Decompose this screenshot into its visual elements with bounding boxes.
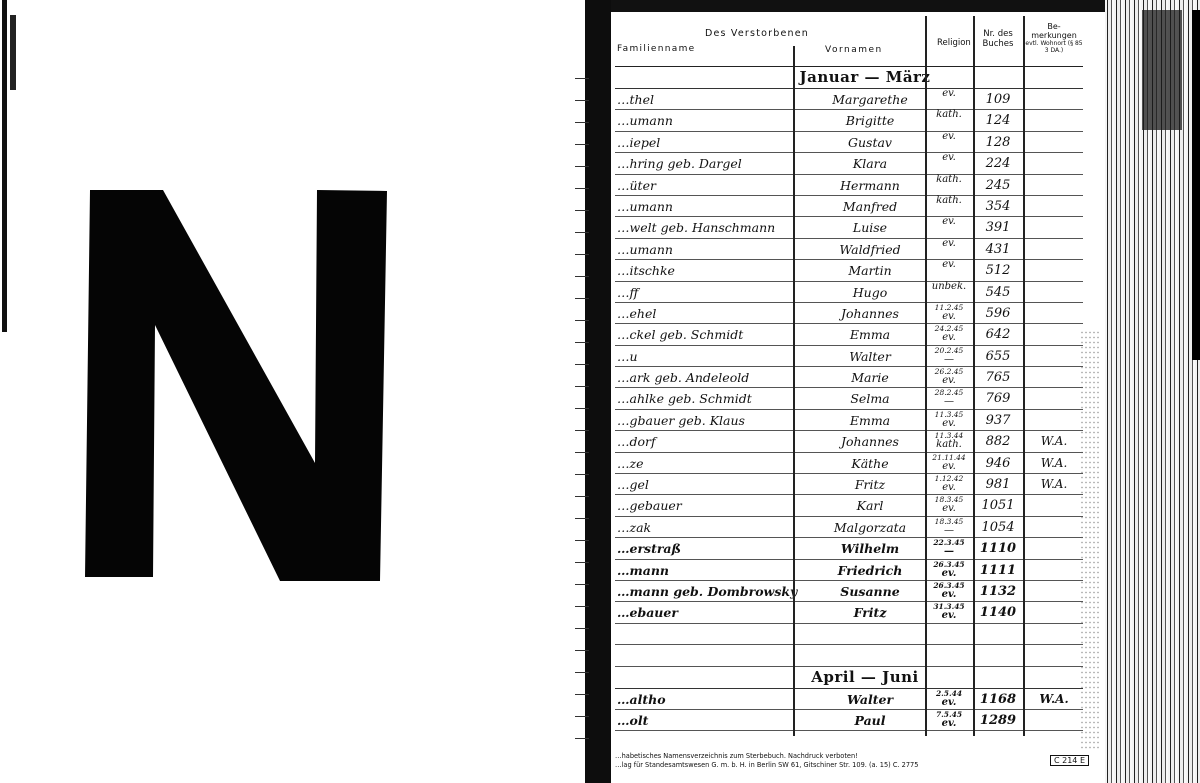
book-number: 1140: [975, 605, 1021, 620]
religion: ev.: [942, 718, 957, 729]
religion-cell: kath.: [927, 110, 971, 119]
table-row: …althoWalter2.5.44ev.1168W.A.: [615, 689, 1083, 710]
given-name: Walter: [795, 349, 945, 364]
family-name: …mann geb. Dombrowsky: [617, 584, 797, 599]
table-row: …ahlke geb. SchmidtSelma28.2.45—769: [615, 388, 1083, 409]
book-number: 769: [975, 391, 1021, 406]
religion: ev.: [942, 375, 956, 386]
given-name: Fritz: [795, 477, 945, 492]
family-name: …ze: [617, 456, 643, 471]
religion-cell: 2.5.44ev.: [927, 689, 971, 707]
family-name: …olt: [617, 713, 648, 728]
religion: ev.: [942, 216, 956, 227]
remarks: W.A.: [1027, 456, 1081, 470]
religion: kath.: [936, 439, 962, 450]
religion-cell: 11.3.44kath.: [927, 431, 971, 449]
table-row: …zeKäthe21.11.44ev.946W.A.: [615, 453, 1083, 474]
family-name: …erstraß: [617, 541, 681, 556]
table-row: …oltPaul7.5.45ev.1289: [615, 710, 1083, 731]
given-name: Marie: [795, 370, 945, 385]
section-label: April — Juni: [765, 668, 965, 686]
page-edge-border: [1192, 10, 1200, 360]
given-name: Gustav: [795, 135, 945, 150]
religion: ev.: [942, 152, 956, 163]
table-row: …gelFritz1.12.42ev.981W.A.: [615, 474, 1083, 495]
book-number: 245: [975, 178, 1021, 193]
column-divider: [793, 46, 795, 736]
religion-cell: 7.5.45ev.: [927, 710, 971, 728]
table-row: …iepelGustavev.128: [615, 132, 1083, 153]
religion-cell: 18.3.45ev.: [927, 495, 971, 513]
religion-cell: 1.12.42ev.: [927, 474, 971, 492]
religion: ev.: [942, 238, 956, 249]
section-header: April — Juni: [615, 667, 1083, 689]
section-header: Januar — März: [615, 67, 1083, 89]
header-religion: Religion: [937, 38, 971, 48]
religion-cell: ev.: [927, 217, 971, 226]
table-row: …gbauer geb. KlausEmma11.3.45ev.937: [615, 410, 1083, 431]
religion: —: [944, 546, 954, 557]
religion-cell: kath.: [927, 196, 971, 205]
given-name: Paul: [795, 713, 945, 728]
family-name: …thel: [617, 92, 654, 107]
section-label: Januar — März: [765, 68, 965, 86]
religion-cell: 31.3.45ev.: [927, 602, 971, 620]
book-number: 596: [975, 306, 1021, 321]
religion-cell: 21.11.44ev.: [927, 453, 971, 471]
table-row: …umannBrigittekath.124: [615, 110, 1083, 131]
given-name: Klara: [795, 156, 945, 171]
table-row: …ehelJohannes11.2.45ev.596: [615, 303, 1083, 324]
column-divider: [973, 16, 975, 736]
book-number: 1289: [975, 713, 1021, 728]
given-name: Karl: [795, 498, 945, 513]
header-remarks-note: evtl. Wohnort (§ 85 3 DA.): [1025, 40, 1083, 54]
religion: kath.: [936, 109, 962, 120]
book-number: 224: [975, 156, 1021, 171]
religion: ev.: [942, 418, 956, 429]
religion: ev.: [942, 131, 956, 142]
religion-cell: 26.3.45ev.: [927, 560, 971, 578]
religion: ev.: [942, 88, 956, 99]
table-row: …ebauerFritz31.3.45ev.1140: [615, 602, 1083, 623]
religion-cell: 20.2.45—: [927, 346, 971, 364]
given-name: Manfred: [795, 199, 945, 214]
book-number: 1132: [975, 584, 1021, 599]
religion-cell: 11.2.45ev.: [927, 303, 971, 321]
family-name: …umann: [617, 242, 673, 257]
family-name: …itschke: [617, 263, 675, 278]
given-name: Luise: [795, 220, 945, 235]
table-row: …itschkeMartinev.512: [615, 260, 1083, 281]
book-number: 1110: [975, 541, 1021, 556]
table-row: …gebauerKarl18.3.45ev.1051: [615, 495, 1083, 516]
family-name: …ehel: [617, 306, 656, 321]
religion-cell: 26.3.45ev.: [927, 581, 971, 599]
page-edge-tab: [10, 15, 16, 90]
binding-marks: [575, 60, 589, 760]
religion: ev.: [942, 311, 956, 322]
religion: ev.: [942, 461, 956, 472]
table-row: …thelMargaretheev.109: [615, 89, 1083, 110]
book-number: 1051: [975, 498, 1021, 513]
book-number: 765: [975, 370, 1021, 385]
given-name: Malgorzata: [795, 520, 945, 535]
family-name: …ebauer: [617, 605, 678, 620]
religion: ev.: [942, 482, 956, 493]
religion-cell: 18.3.45—: [927, 517, 971, 535]
given-name: Johannes: [795, 306, 945, 321]
religion: —: [944, 525, 954, 536]
header-remarks: Be-merkungen evtl. Wohnort (§ 85 3 DA.): [1025, 22, 1083, 54]
religion: ev.: [942, 697, 957, 708]
letter-n-glyph: [75, 165, 455, 605]
religion: ev.: [942, 332, 956, 343]
religion-cell: 22.3.45—: [927, 538, 971, 556]
family-name: …ark geb. Andeleold: [617, 370, 749, 385]
given-name: Martin: [795, 263, 945, 278]
book-number: 981: [975, 477, 1021, 492]
book-number: 354: [975, 199, 1021, 214]
given-name: Susanne: [795, 584, 945, 599]
header-book-number: Nr. des Buches: [973, 29, 1023, 49]
religion-cell: 11.3.45ev.: [927, 410, 971, 428]
table-header: Des Verstorbenen Familienname Vornamen R…: [615, 16, 1083, 67]
table-body: Januar — März…thelMargaretheev.109…umann…: [615, 67, 1083, 731]
given-name: Wilhelm: [795, 541, 945, 556]
page-edge-shadow: [1142, 10, 1182, 130]
scan-noise: [1080, 330, 1100, 750]
table-row: …erstraßWilhelm22.3.45—1110: [615, 538, 1083, 559]
religion-cell: ev.: [927, 132, 971, 141]
family-name: …gel: [617, 477, 649, 492]
table-row: …mannFriedrich26.3.45ev.1111: [615, 560, 1083, 581]
table-row: …ark geb. AndeleoldMarie26.2.45ev.765: [615, 367, 1083, 388]
table-row: …umannWaldfriedev.431: [615, 239, 1083, 260]
book-number: 128: [975, 135, 1021, 150]
family-name: …gebauer: [617, 498, 682, 513]
given-name: Friedrich: [795, 563, 945, 578]
family-name: …ff: [617, 285, 638, 300]
footer-line-1: …habetisches Namensverzeichnis zum Sterb…: [615, 752, 1075, 761]
religion: ev.: [942, 610, 957, 621]
given-name: Margarethe: [795, 92, 945, 107]
religion-cell: ev.: [927, 153, 971, 162]
page-edge: [2, 0, 7, 332]
family-name: …zak: [617, 520, 651, 535]
book-number: 655: [975, 349, 1021, 364]
given-name: Walter: [795, 692, 945, 707]
family-name: …ahlke geb. Schmidt: [617, 391, 752, 406]
index-divider-page: N: [0, 0, 585, 783]
family-name: …üter: [617, 178, 656, 193]
book-number: 1168: [975, 692, 1021, 707]
religion-cell: ev.: [927, 89, 971, 98]
given-name: Emma: [795, 413, 945, 428]
column-divider: [1023, 16, 1025, 736]
death-register-table: Des Verstorbenen Familienname Vornamen R…: [615, 16, 1083, 751]
book-number: 1111: [975, 563, 1021, 578]
table-row: …üterHermannkath.245: [615, 175, 1083, 196]
religion-cell: ev.: [927, 260, 971, 269]
given-name: Brigitte: [795, 113, 945, 128]
header-given-names: Vornamen: [825, 45, 883, 55]
family-name: …ckel geb. Schmidt: [617, 327, 743, 342]
register-page: Des Verstorbenen Familienname Vornamen R…: [585, 0, 1200, 783]
religion: kath.: [936, 174, 962, 185]
family-name: …iepel: [617, 135, 660, 150]
religion-cell: ev.: [927, 239, 971, 248]
family-name: …hring geb. Dargel: [617, 156, 742, 171]
religion-cell: unbek.: [927, 282, 971, 291]
given-name: Selma: [795, 391, 945, 406]
remarks: W.A.: [1027, 477, 1081, 491]
religion: ev.: [942, 568, 957, 579]
table-row: …ckel geb. SchmidtEmma24.2.45ev.642: [615, 324, 1083, 345]
remarks: W.A.: [1027, 434, 1081, 448]
book-number: 937: [975, 413, 1021, 428]
religion-cell: 28.2.45—: [927, 388, 971, 406]
table-row: …ffHugounbek.545: [615, 282, 1083, 303]
family-name: …umann: [617, 199, 673, 214]
religion-cell: 26.2.45ev.: [927, 367, 971, 385]
family-name: …u: [617, 349, 638, 364]
book-number: 946: [975, 456, 1021, 471]
family-name: …umann: [617, 113, 673, 128]
religion-cell: kath.: [927, 175, 971, 184]
form-code-box: C 214 E: [1050, 755, 1089, 766]
given-name: Emma: [795, 327, 945, 342]
table-row: …welt geb. HanschmannLuiseev.391: [615, 217, 1083, 238]
given-name: Käthe: [795, 456, 945, 471]
given-name: Johannes: [795, 434, 945, 449]
religion: —: [944, 396, 954, 407]
remarks: W.A.: [1027, 692, 1081, 706]
book-number: 882: [975, 434, 1021, 449]
book-number: 431: [975, 242, 1021, 257]
book-number: 1054: [975, 520, 1021, 535]
table-row: …hring geb. DargelKlaraev.224: [615, 153, 1083, 174]
table-row: …uWalter20.2.45—655: [615, 346, 1083, 367]
divider-letter: N: [75, 165, 455, 605]
column-divider: [925, 16, 927, 736]
book-number: 391: [975, 220, 1021, 235]
book-number: 512: [975, 263, 1021, 278]
religion: kath.: [936, 195, 962, 206]
given-name: Fritz: [795, 605, 945, 620]
religion: unbek.: [932, 281, 966, 292]
family-name: …gbauer geb. Klaus: [617, 413, 745, 428]
book-number: 545: [975, 285, 1021, 300]
religion: ev.: [942, 503, 956, 514]
book-number: 109: [975, 92, 1021, 107]
family-name: …mann: [617, 563, 669, 578]
given-name: Hermann: [795, 178, 945, 193]
page-top-edge: [611, 0, 1141, 12]
table-row: …mann geb. DombrowskySusanne26.3.45ev.11…: [615, 581, 1083, 602]
book-number: 124: [975, 113, 1021, 128]
header-remarks-label: Be-merkungen: [1031, 22, 1077, 40]
blank-row: [615, 624, 1083, 645]
religion: ev.: [942, 259, 956, 270]
form-footer: …habetisches Namensverzeichnis zum Sterb…: [615, 752, 1075, 770]
blank-row: [615, 645, 1083, 666]
table-row: …umannManfredkath.354: [615, 196, 1083, 217]
header-group-label: Des Verstorbenen: [705, 28, 809, 39]
religion: —: [944, 354, 954, 365]
family-name: …welt geb. Hanschmann: [617, 220, 775, 235]
given-name: Hugo: [795, 285, 945, 300]
religion-cell: 24.2.45ev.: [927, 324, 971, 342]
given-name: Waldfried: [795, 242, 945, 257]
book-number: 642: [975, 327, 1021, 342]
table-row: …zakMalgorzata18.3.45—1054: [615, 517, 1083, 538]
header-family-name: Familienname: [617, 44, 696, 54]
table-row: …dorfJohannes11.3.44kath.882W.A.: [615, 431, 1083, 452]
family-name: …dorf: [617, 434, 656, 449]
family-name: …altho: [617, 692, 666, 707]
footer-line-2: …lag für Standesamtswesen G. m. b. H. in…: [615, 761, 1075, 770]
religion: ev.: [942, 589, 957, 600]
